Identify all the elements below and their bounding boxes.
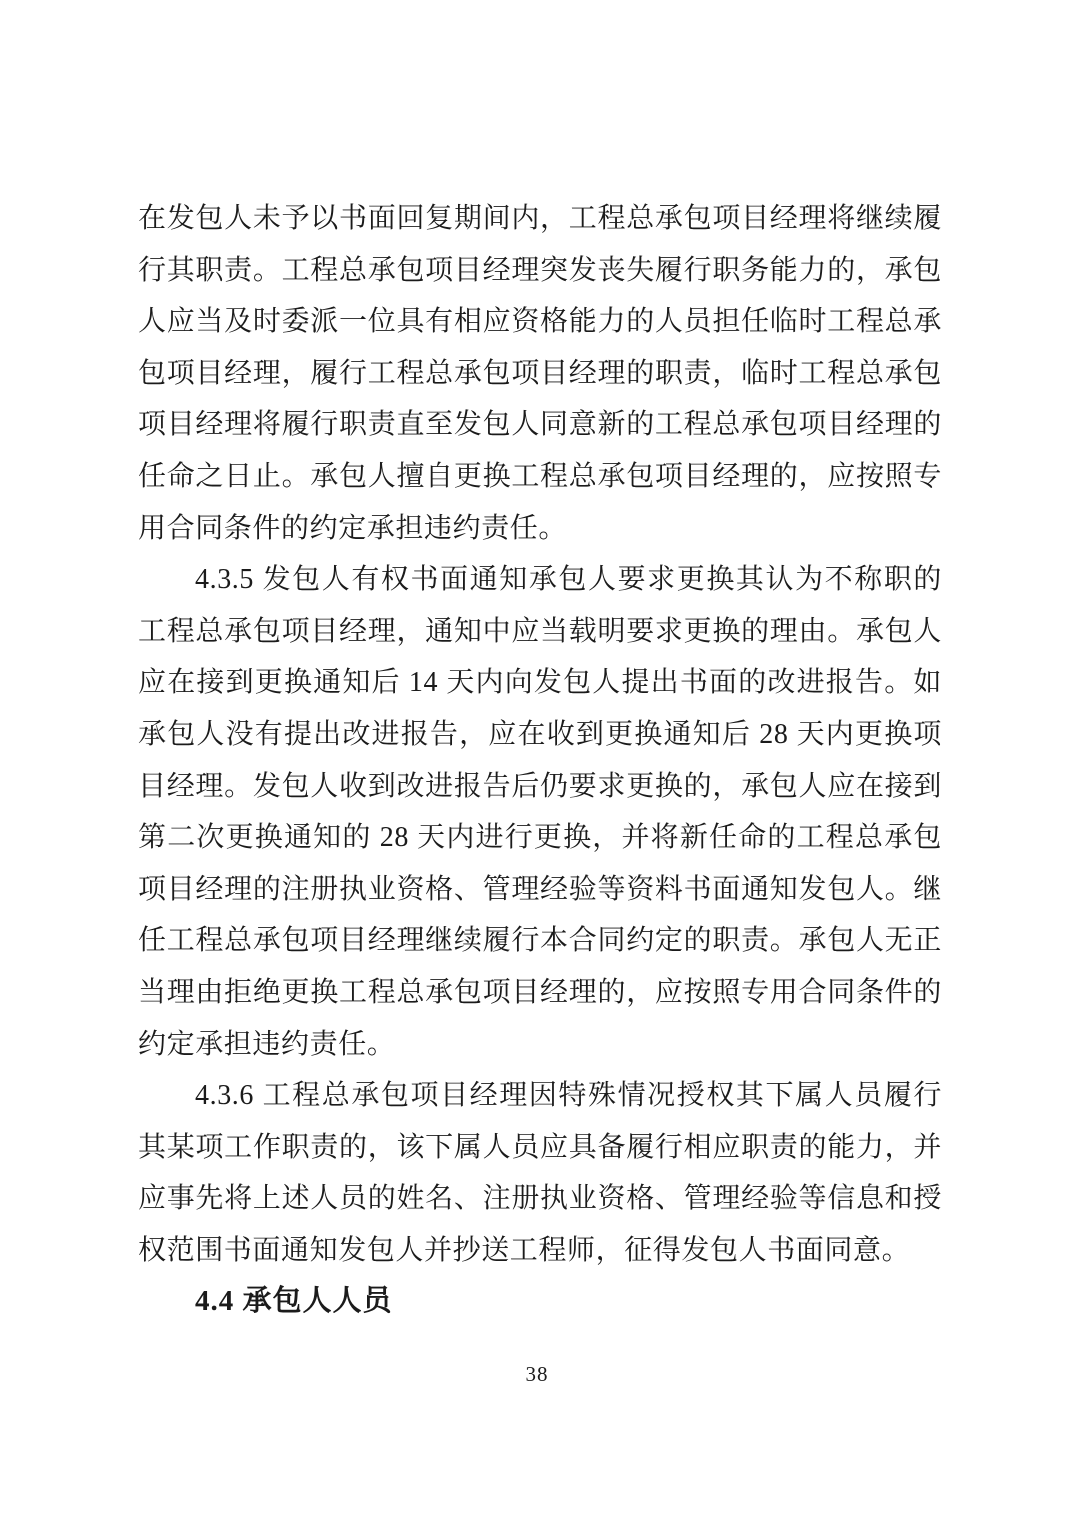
paragraph-clause-4-3-6: 4.3.6 工程总承包项目经理因特殊情况授权其下属人员履行其某项工作职责的，该下… <box>138 1070 942 1276</box>
document-body: 在发包人未予以书面回复期间内，工程总承包项目经理将继续履行其职责。工程总承包项目… <box>138 193 942 1328</box>
section-heading-4-4: 4.4 承包人人员 <box>138 1276 942 1328</box>
paragraph-clause-4-3-5: 4.3.5 发包人有权书面通知承包人要求更换其认为不称职的工程总承包项目经理，通… <box>138 554 942 1070</box>
document-page: 在发包人未予以书面回复期间内，工程总承包项目经理将继续履行其职责。工程总承包项目… <box>0 0 1074 1520</box>
page-number: 38 <box>0 1362 1074 1387</box>
paragraph-continuation: 在发包人未予以书面回复期间内，工程总承包项目经理将继续履行其职责。工程总承包项目… <box>138 193 942 554</box>
